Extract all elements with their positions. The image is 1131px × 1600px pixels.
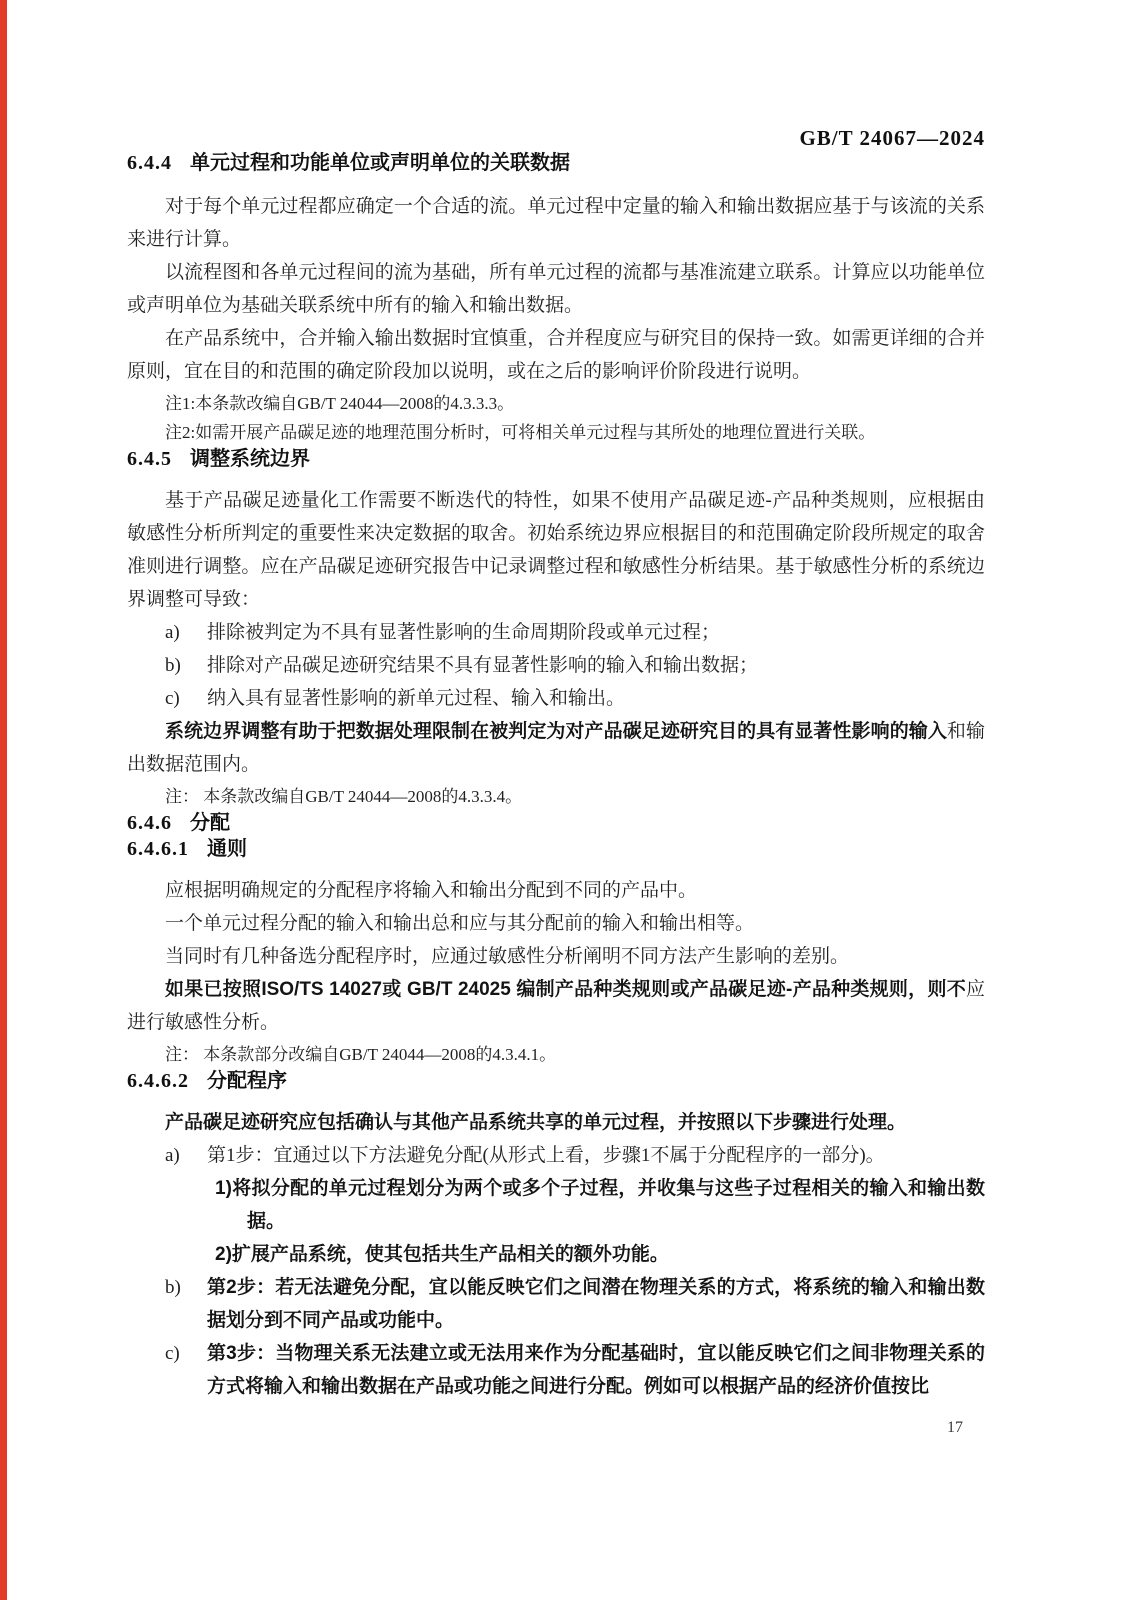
note: 注： 本条款部分改编自GB/T 24044—2008的4.3.4.1。 [165,1041,985,1068]
page-number: 17 [127,1419,985,1437]
step-text: 第3步：当物理关系无法建立或无法用来作为分配基础时，宜以能反映它们之间非物理关系… [207,1337,985,1403]
substep-1: 1)将拟分配的单元过程划分为两个或多个子过程，并收集与这些子过程相关的输入和输出… [215,1172,985,1238]
list-text: 排除被判定为不具有显著性影响的生命周期阶段或单元过程； [207,616,985,649]
page-content: GB/T 24067—2024 6.4.4 单元过程和功能单位或声明单位的关联数… [127,0,985,1437]
section-number: 6.4.6 [127,810,172,836]
list-item-a: a) 排除被判定为不具有显著性影响的生命周期阶段或单元过程； [165,616,985,649]
paragraph: 对于每个单元过程都应确定一个合适的流。单元过程中定量的输入和输出数据应基于与该流… [127,190,985,256]
paragraph: 基于产品碳足迹量化工作需要不断迭代的特性，如果不使用产品碳足迹-产品种类规则，应… [127,484,985,616]
section-heading-6-4-5: 6.4.5 调整系统边界 [127,446,985,472]
substep-2: 2)扩展产品系统，使其包括共生产品相关的额外功能。 [215,1238,985,1271]
paragraph: 以流程图和各单元过程间的流为基础，所有单元过程的流都与基准流建立联系。计算应以功… [127,256,985,322]
list-text: 排除对产品碳足迹研究结果不具有显著性影响的输入和输出数据； [207,649,985,682]
list-item-b: b) 排除对产品碳足迹研究结果不具有显著性影响的输入和输出数据； [165,649,985,682]
list-label: a) [165,1139,207,1172]
list-label: a) [165,616,207,649]
section-number: 6.4.4 [127,150,172,176]
requirement-paragraph: 系统边界调整有助于把数据处理限制在被判定为对产品碳足迹研究目的具有显著性影响的输… [127,715,985,781]
section-heading-6-4-4: 6.4.4 单元过程和功能单位或声明单位的关联数据 [127,150,985,176]
note: 注2:如需开展产品碳足迹的地理范围分析时，可将相关单元过程与其所处的地理位置进行… [165,419,985,446]
requirement-paragraph: 产品碳足迹研究应包括确认与其他产品系统共享的单元过程，并按照以下步骤进行处理。 [127,1106,985,1139]
bold-text: 系统边界调整有助于把数据处理限制在被判定为对产品碳足迹研究目的具有显著性影响的输… [165,721,947,742]
section-heading-6-4-6-2: 6.4.6.2 分配程序 [127,1068,985,1094]
scan-edge-stripe [0,0,7,1600]
paragraph: 应根据明确规定的分配程序将输入和输出分配到不同的产品中。 [127,874,985,907]
step-item-b: b) 第2步：若无法避免分配，宜以能反映它们之间潜在物理关系的方式，将系统的输入… [165,1271,985,1337]
section-title: 调整系统边界 [190,446,310,472]
list-text: 纳入具有显著性影响的新单元过程、输入和输出。 [207,682,985,715]
paragraph: 当同时有几种备选分配程序时，应通过敏感性分析阐明不同方法产生影响的差别。 [127,940,985,973]
list-item-c: c) 纳入具有显著性影响的新单元过程、输入和输出。 [165,682,985,715]
note: 注1:本条款改编自GB/T 24044—2008的4.3.3.3。 [165,390,985,417]
list-label: b) [165,649,207,682]
scanned-standard-page: { "accent": { "stripe_color": "#e23b28" … [0,0,1131,1600]
standard-number: GB/T 24067—2024 [127,126,985,150]
step-text: 第1步：宜通过以下方法避免分配(从形式上看，步骤1不属于分配程序的一部分)。 [207,1139,985,1172]
section-title: 单元过程和功能单位或声明单位的关联数据 [190,150,570,176]
bold-text: 如果已按照ISO/TS 14027或 GB/T 24025 编制产品种类规则或产… [165,979,966,1000]
section-number: 6.4.5 [127,446,172,472]
step-item-c: c) 第3步：当物理关系无法建立或无法用来作为分配基础时，宜以能反映它们之间非物… [165,1337,985,1403]
note: 注： 本条款改编自GB/T 24044—2008的4.3.3.4。 [165,783,985,810]
step-item-a: a) 第1步：宜通过以下方法避免分配(从形式上看，步骤1不属于分配程序的一部分)… [165,1139,985,1172]
section-number: 6.4.6.1 [127,836,189,862]
requirement-paragraph: 如果已按照ISO/TS 14027或 GB/T 24025 编制产品种类规则或产… [127,973,985,1039]
section-number: 6.4.6.2 [127,1068,189,1094]
list-label: b) [165,1271,207,1337]
section-heading-6-4-6: 6.4.6 分配 [127,810,985,836]
list-label: c) [165,1337,207,1403]
section-title: 分配 [190,810,230,836]
list-label: c) [165,682,207,715]
step-text: 第2步：若无法避免分配，宜以能反映它们之间潜在物理关系的方式，将系统的输入和输出… [207,1271,985,1337]
paragraph: 在产品系统中，合并输入输出数据时宜慎重，合并程度应与研究目的保持一致。如需更详细… [127,322,985,388]
paragraph: 一个单元过程分配的输入和输出总和应与其分配前的输入和输出相等。 [127,907,985,940]
section-title: 分配程序 [207,1068,287,1094]
section-title: 通则 [207,836,247,862]
section-heading-6-4-6-1: 6.4.6.1 通则 [127,836,985,862]
